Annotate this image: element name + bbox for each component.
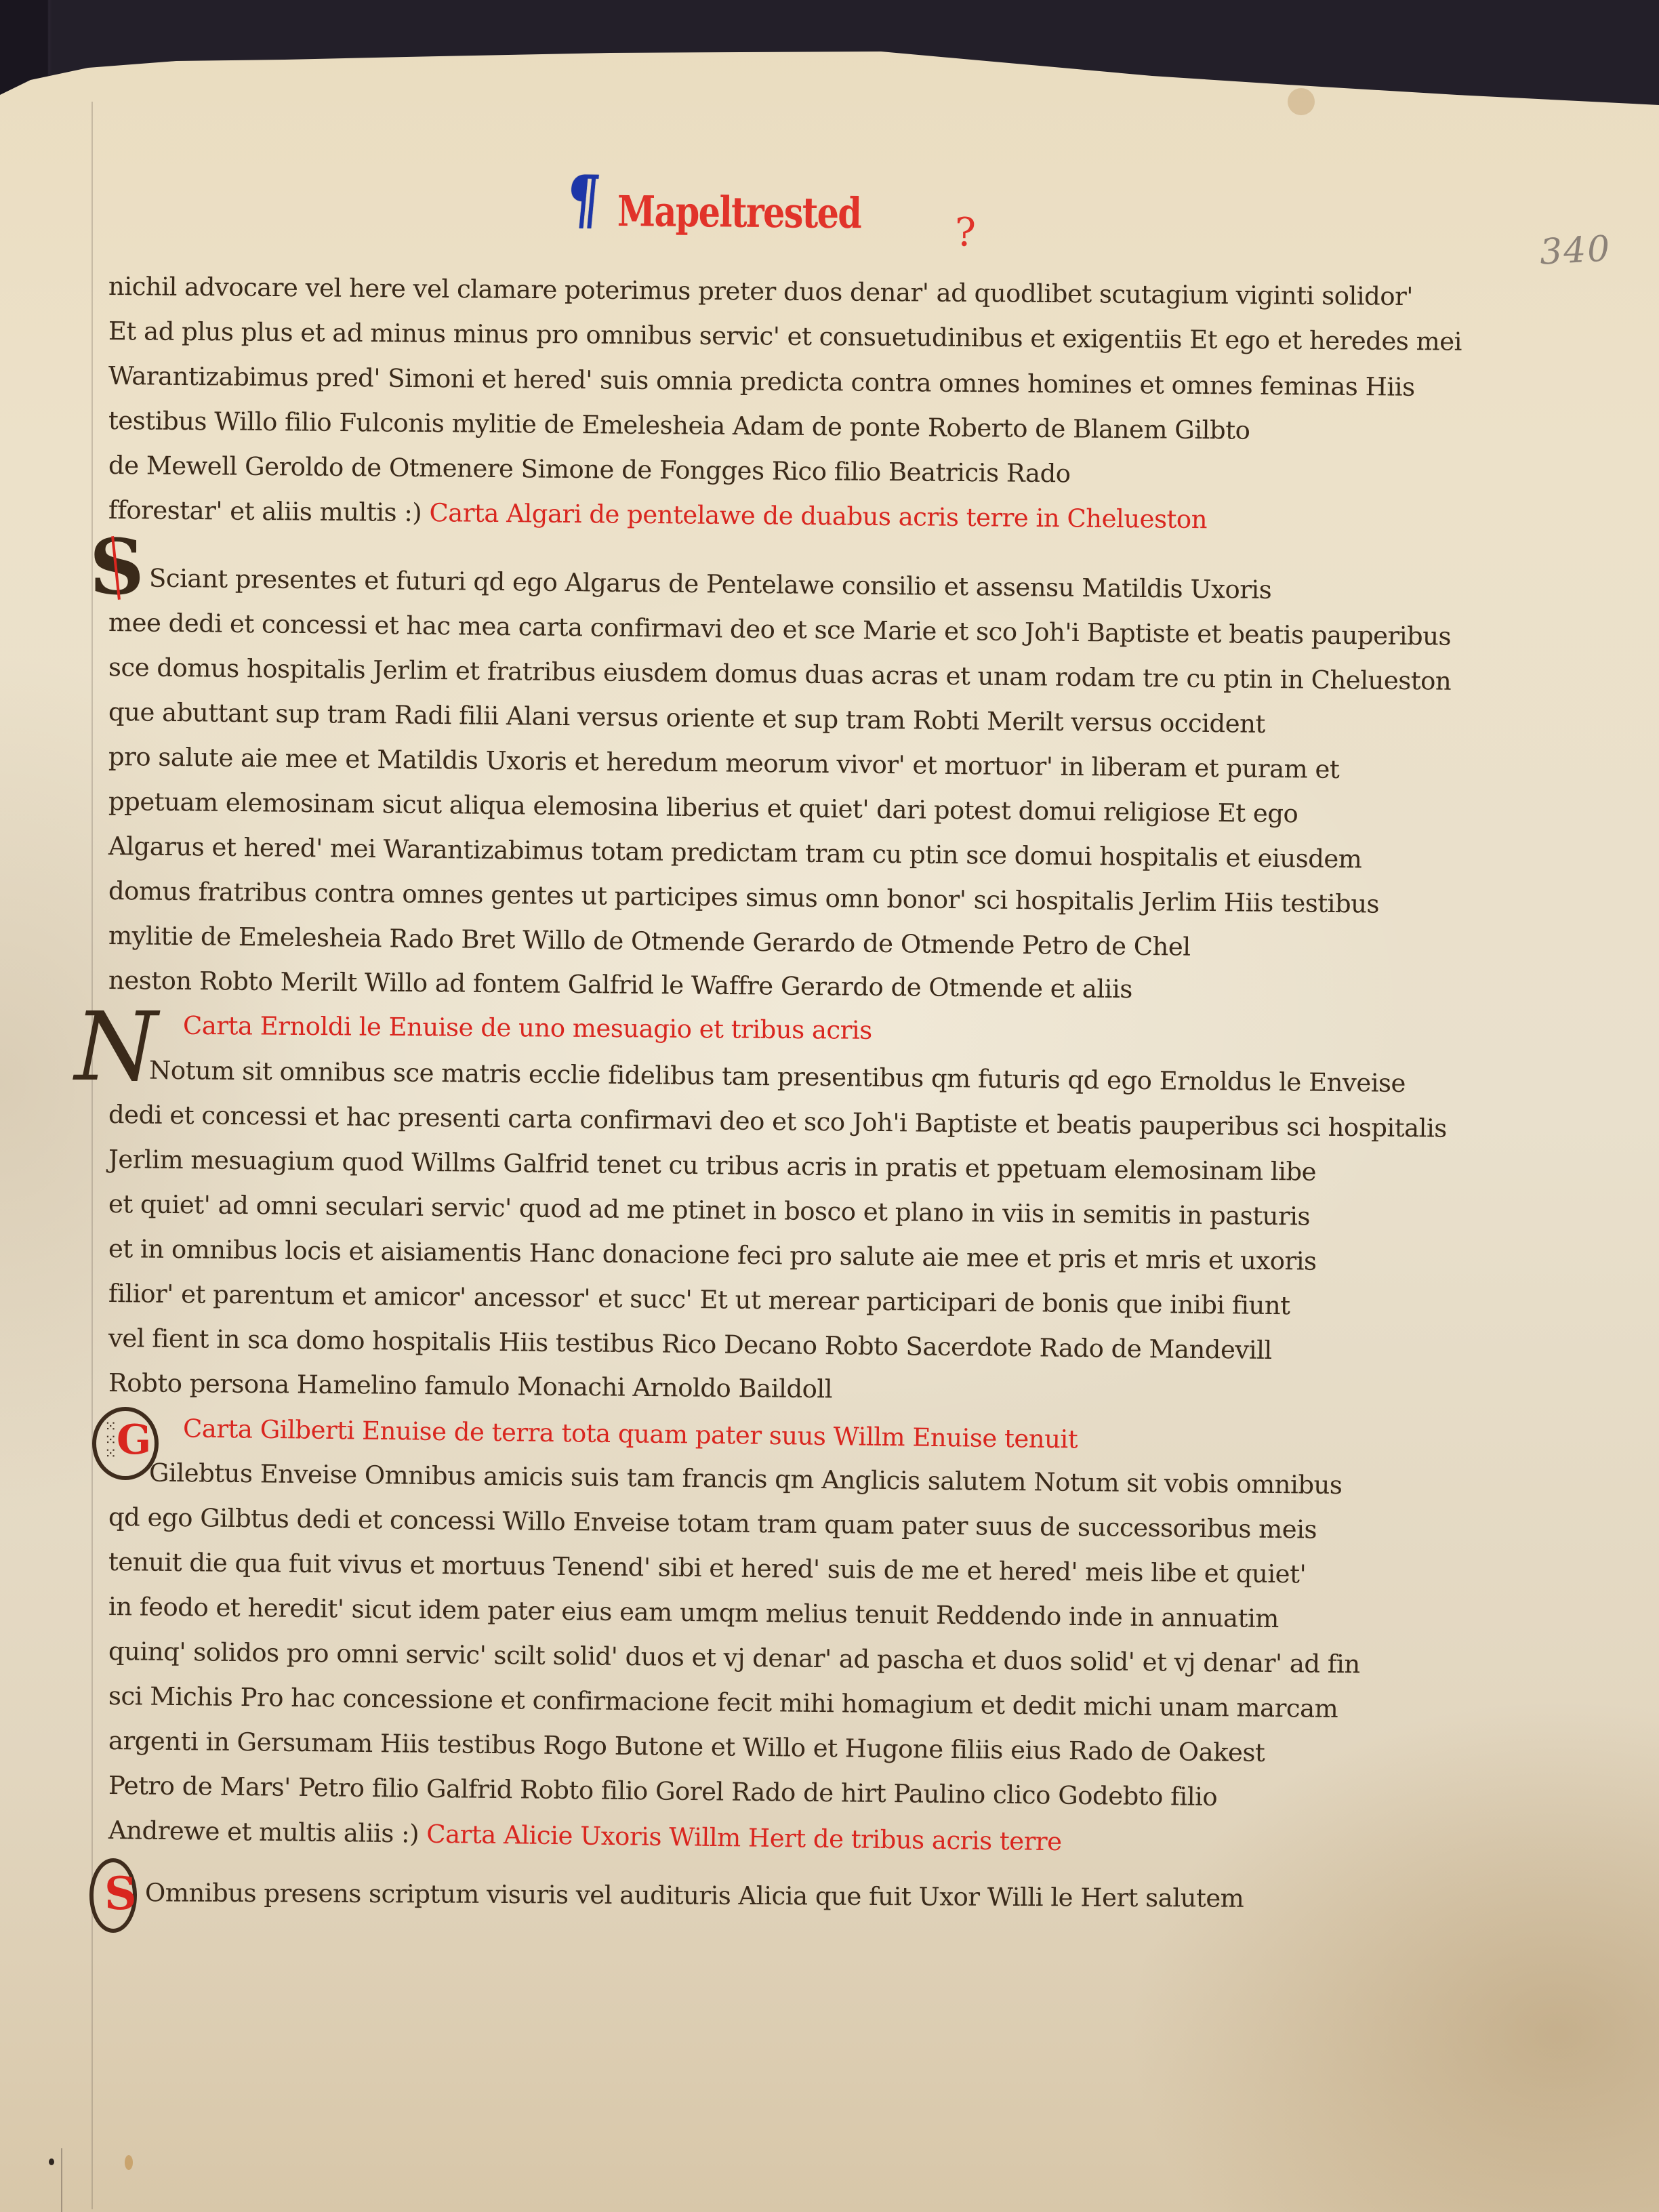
manuscript-page: ¶ Mapeltrested ? 340 nichil advocare vel…: [0, 0, 1659, 2212]
charter-ernold: N Notum sit omnibus sce matris ecclie fi…: [108, 1048, 1382, 1450]
water-stain: [125, 2155, 133, 2170]
edge-stain: [1288, 88, 1315, 115]
charter-gilbert: ⁙⁙⁙ G Gilebtus Enveise Omnibus amicis su…: [108, 1450, 1382, 1853]
manuscript-text: nichil advocare vel here vel clamare pot…: [108, 264, 1382, 1915]
page-title: Mapeltrested: [617, 190, 861, 234]
page-heading: ¶ Mapeltrested ?: [562, 171, 977, 235]
margin-ruling-line: [61, 2148, 62, 2212]
text-line-end: Andrewe et multis aliis: [108, 1816, 394, 1848]
rubric-heading: Carta Alicie Uxoris Willm Hert de tribus…: [426, 1820, 1062, 1856]
folio-number: 340: [1539, 228, 1612, 272]
text-line-end: fforestar' et aliis multis: [108, 495, 396, 527]
rubric-heading: Carta Algari de pentelawe de duabus acri…: [429, 498, 1207, 534]
charter-algar: S Sciant presentes et futuri qd ego Alga…: [108, 556, 1382, 1048]
ink-spot: [49, 2158, 54, 2165]
charter-continuation: nichil advocare vel here vel clamare pot…: [108, 264, 1382, 533]
title-annotation-mark: ?: [955, 212, 977, 251]
text-line: Omnibus presens scriptum visuris vel aud…: [108, 1870, 1382, 1922]
paraph-mark-icon: ¶: [564, 167, 603, 232]
charter-alice: S Omnibus presens scriptum visuris vel a…: [108, 1870, 1382, 1915]
